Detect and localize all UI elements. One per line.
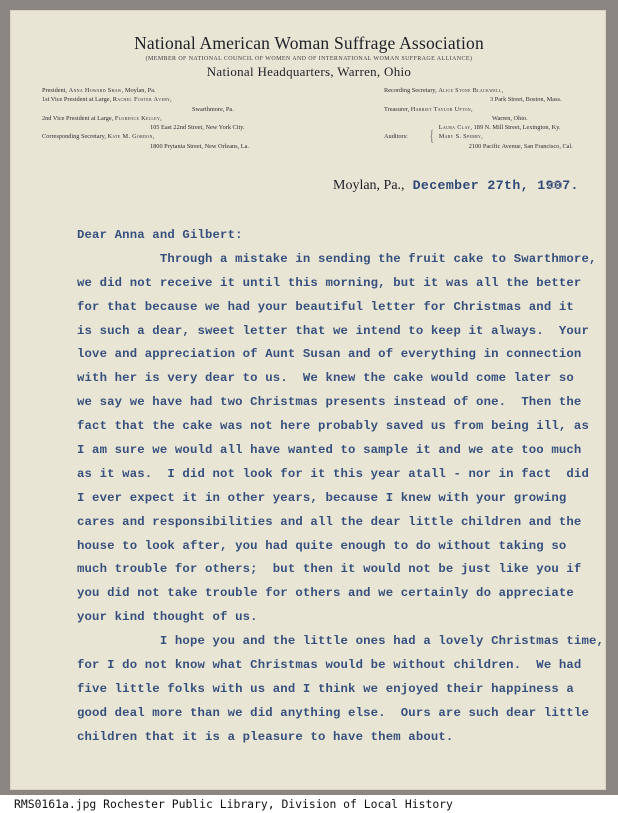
officer-address-line: Swarthmore, Pa. [42,105,249,114]
officers-left: President, Anna Howard Shaw, Moylan, Pa.… [42,86,249,151]
officer-name: Florence Kelley [115,115,160,122]
officer-name: Anna Howard Shaw [69,87,122,94]
auditors-label: Auditors: [384,132,428,141]
letter-line: much trouble for others; but then it wou… [77,558,597,582]
letter-line: we say we have had two Christmas present… [77,391,597,415]
officer-name: Kate M. Gordon [108,133,153,140]
officer-address: , [160,115,162,122]
letter-line: five little folks with us and I think we… [77,678,597,702]
officer-role: 1st Vice President at Large, [42,96,113,103]
auditor-name: Laura Clay [439,124,471,131]
letter-line: house to look after, you had quite enoug… [77,535,597,559]
officer-name: Rachel Foster Avery [113,96,170,103]
letterhead-subtitle: (MEMBER OF NATIONAL COUNCIL OF WOMEN AND… [0,56,618,62]
officer-address-line: 105 East 22nd Street, New York City. [42,123,249,132]
officer-name: Harriet Taylor Upton [411,106,471,113]
letter-line: Through a mistake in sending the fruit c… [77,248,597,272]
officer-2nd-vp: 2nd Vice President at Large, Florence Ke… [42,114,249,123]
auditor-address: , [481,133,483,140]
letter-line: I ever expect it in other years, because… [77,487,597,511]
letter-line: children that it is a pleasure to have t… [77,726,597,750]
letter-line: with her is very dear to us. We knew the… [77,367,597,391]
officer-address-line: 1800 Prytania Street, New Orleans, La. [42,142,249,151]
auditors-block: Auditors: { Laura Clay, 189 N. Mill Stre… [384,123,573,151]
officer-role: Recording Secretary, [384,87,438,94]
place: Moylan, Pa., [333,178,405,193]
letter-line: cares and responsibilities and all the d… [77,511,597,535]
auditor-1: Laura Clay, 189 N. Mill Street, Lexingto… [439,123,573,132]
letter-line: as it was. I did not look for it this ye… [77,463,597,487]
place-and-date: Moylan, Pa.,December 27th, 1907. [333,176,579,194]
officer-address: , [471,106,473,113]
officer-address: , [153,133,155,140]
letterhead-headquarters: National Headquarters, Warren, Ohio [0,64,618,80]
officer-role: President, [42,87,69,94]
officers-right: Recording Secretary, Alice Stone Blackwe… [384,86,573,151]
officer-address-line: 3 Park Street, Boston, Mass. [384,95,573,104]
auditor-address: , 189 N. Mill Street, Lexington, Ky. [471,124,561,131]
letter-line: I am sure we would all have wanted to sa… [77,439,597,463]
letter-line: we did not receive it until this morning… [77,272,597,296]
brace-icon: { [430,128,435,146]
officer-recording-secretary: Recording Secretary, Alice Stone Blackwe… [384,86,573,95]
letter-line: love and appreciation of Aunt Susan and … [77,343,597,367]
officer-address: , Moylan, Pa. [122,87,156,94]
officer-role: Treasurer, [384,106,411,113]
officer-president: President, Anna Howard Shaw, Moylan, Pa. [42,86,249,95]
letter-line: your kind thought of us. [77,606,597,630]
officer-corresponding-secretary: Corresponding Secretary, Kate M. Gordon, [42,132,249,141]
officer-name: Alice Stone Blackwell [438,87,501,94]
letter-line: is such a dear, sweet letter that we int… [77,320,597,344]
officer-role: 2nd Vice President at Large, [42,115,115,122]
letter-line: good deal more than we did anything else… [77,702,597,726]
letter-line: for that because we had your beautiful l… [77,296,597,320]
letter-line: for I do not know what Christmas would b… [77,654,597,678]
auditor-name: Mary S. Sperry [439,133,481,140]
officer-address-line: Warren, Ohio. [384,114,573,123]
officer-address: , [170,96,172,103]
letter-body: Dear Anna and Gilbert: Through a mistake… [77,224,597,750]
officer-treasurer: Treasurer, Harriet Taylor Upton, [384,105,573,114]
image-caption: RMS0161a.jpg Rochester Public Library, D… [14,795,614,813]
auditors-lines: Laura Clay, 189 N. Mill Street, Lexingto… [439,123,573,151]
officer-1st-vp: 1st Vice President at Large, Rachel Fost… [42,95,249,104]
auditor-address-line: 2100 Pacific Avenue, San Francisco, Cal. [439,142,573,151]
salutation: Dear Anna and Gilbert: [77,224,597,248]
letter-line: I hope you and the little ones had a lov… [77,630,597,654]
letterhead-title: National American Woman Suffrage Associa… [0,33,618,54]
printer-mark-icon [548,182,562,188]
letter-line: you did not take trouble for others and … [77,582,597,606]
officer-role: Corresponding Secretary, [42,133,108,140]
officer-address: , [502,87,504,94]
auditor-2: Mary S. Sperry, [439,132,573,141]
letter-line: fact that the cake was not here probably… [77,415,597,439]
